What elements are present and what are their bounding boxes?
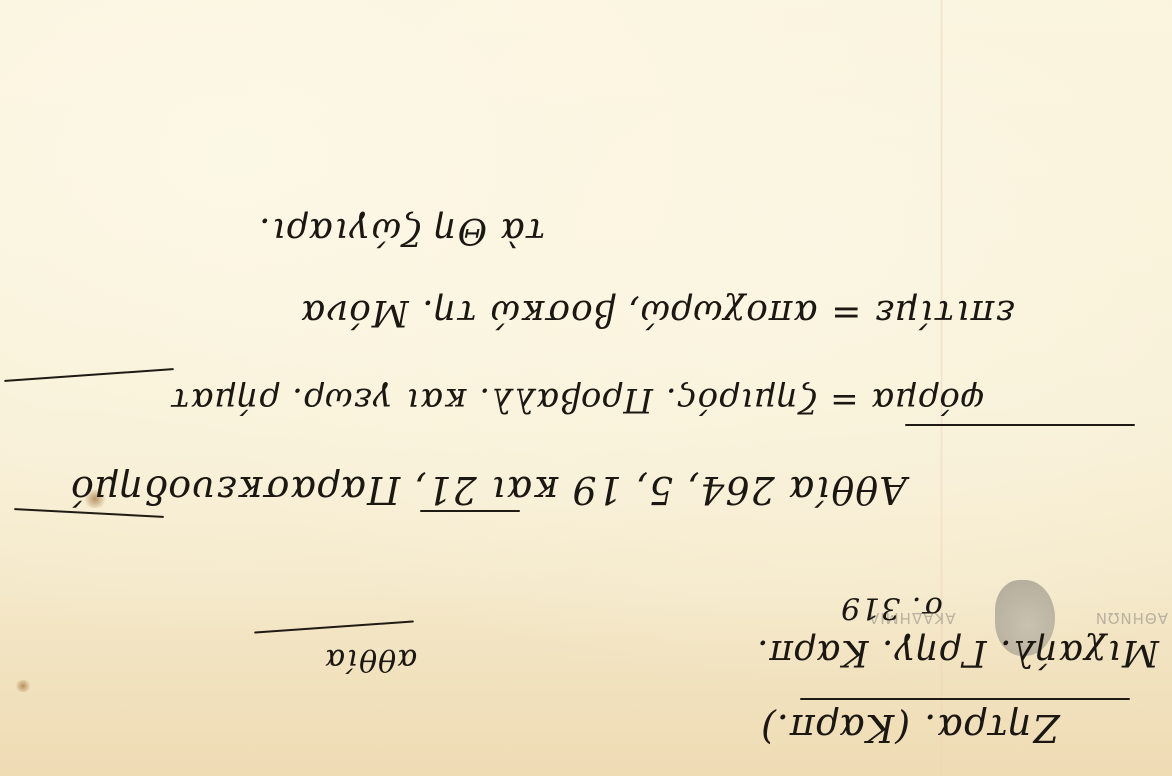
underline-rule-2 — [420, 510, 520, 512]
watermark-text-right: ΑΘΗΝΩΝ — [1095, 609, 1168, 627]
handwritten-ref: σ. 319 — [840, 590, 943, 625]
handwritten-line-1: Αθθία 264, 5, 19 και 21, Παρασκευοδημό — [70, 468, 907, 512]
underline-rule — [905, 424, 1135, 426]
paper-speck — [14, 680, 32, 692]
handwritten-line-4: τὰ Θη ζώγιαρι. — [258, 210, 546, 251]
handwritten-heading: Μιχαήλ. Γρηγ. Καρπ. — [756, 632, 1159, 673]
handwritten-place: αθθία — [324, 642, 417, 677]
heading-rule — [800, 698, 1130, 700]
dash-rule — [4, 368, 174, 382]
handwritten-subheading: Ζητρα. (Καρπ.) — [760, 706, 1059, 750]
archival-card: ΑΘΗΝΩΝ ΑΚΑΔΗΜΙΑ τὰ Θη ζώγιαρι. επιτίμε =… — [0, 0, 1172, 776]
handwritten-line-2: φόρμα = ζημιρός. Προβαλλ. και γεωρ. ρήμα… — [170, 380, 985, 420]
handwritten-line-3: επιτίμε = αποχωρώ, βοσκώ τη. Μόνα — [300, 292, 1015, 333]
